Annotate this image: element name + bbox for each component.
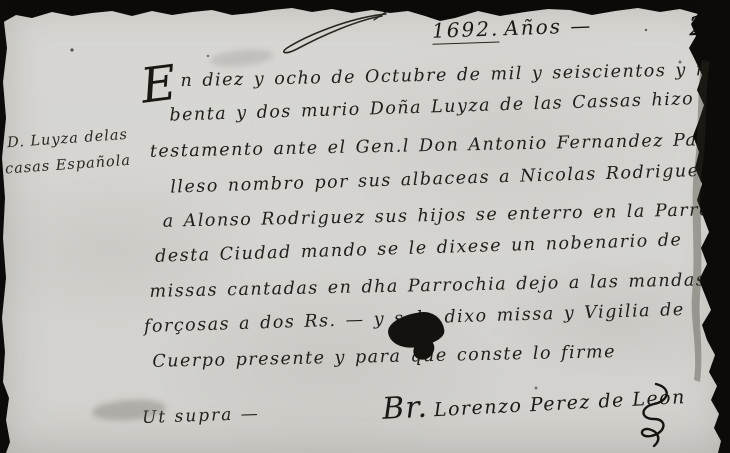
margin-note: D. Luyza delas casas Española xyxy=(6,122,132,182)
body-line-1-text: n diez y ocho de Octubre de mil y seisci… xyxy=(180,60,728,91)
body-line-9: Cuerpo presente y para que conste lo fir… xyxy=(152,342,616,372)
body-line-2: benta y dos murio Doña Luyza de las Cass… xyxy=(169,88,727,125)
calligraphic-initial: E xyxy=(140,72,179,96)
signature-rubric-flourish-icon xyxy=(632,380,678,450)
body-line-3: testamento ante el Gen.l Don Antonio Fer… xyxy=(150,130,705,162)
body-line-6: desta Ciudad mando se le dixese un noben… xyxy=(155,230,683,267)
body-line-5: a Alonso Rodriguez sus hijos se enterro … xyxy=(163,199,730,232)
body-line-7: missas cantadas en dha Parrochia dejo a … xyxy=(149,270,706,302)
body-line-4: lleso nombro por sus albaceas a Nicolas … xyxy=(170,160,730,198)
signature-title-abbrev: Br. xyxy=(381,390,428,427)
left-torn-edge xyxy=(0,0,13,453)
manuscript-page-scan: 1692.Años — 2 D. Luyza delas casas Españ… xyxy=(0,0,730,453)
